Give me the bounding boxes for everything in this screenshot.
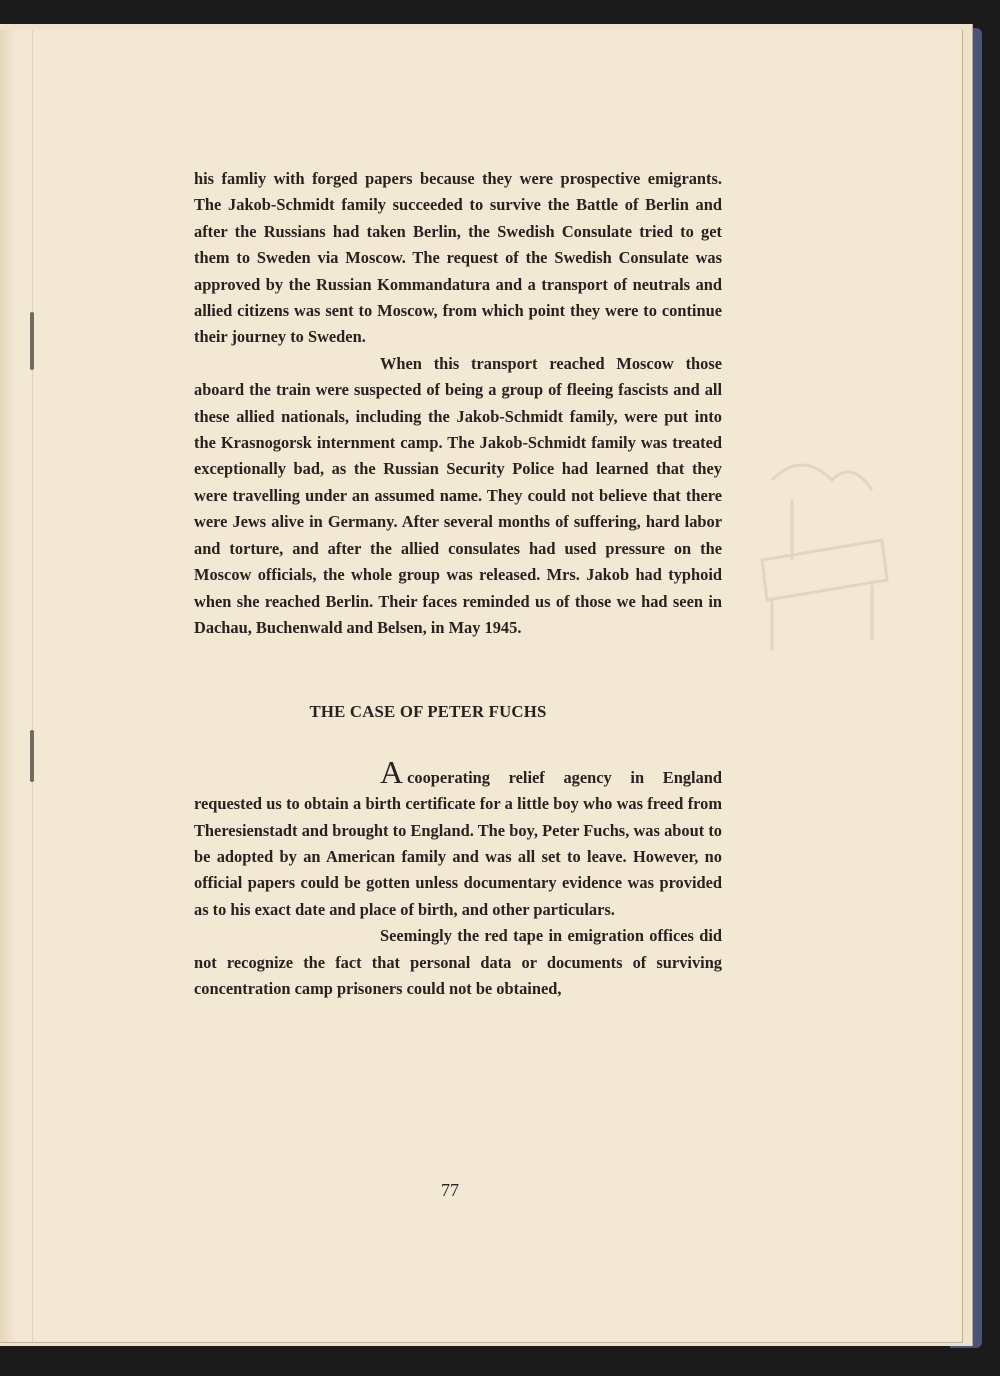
staple-top xyxy=(30,312,34,370)
bleed-through-illustration xyxy=(752,440,892,660)
page-number: 77 xyxy=(0,1180,900,1201)
page-body: his famliy with forged papers because th… xyxy=(194,166,722,1002)
paragraph-text: cooperating relief agency in England req… xyxy=(194,768,722,919)
page-gutter xyxy=(0,30,16,1342)
paragraph-peter-fuchs-intro: Acooperating relief agency in England re… xyxy=(194,762,722,923)
paragraph-moscow-transport: When this transport reached Moscow those… xyxy=(194,351,722,641)
staple-bottom xyxy=(30,730,34,782)
drop-cap: A xyxy=(380,754,403,790)
section-heading: THE CASE OF PETER FUCHS xyxy=(194,699,722,725)
paragraph-red-tape: Seemingly the red tape in emigration off… xyxy=(194,923,722,1002)
paragraph-continuation: his famliy with forged papers because th… xyxy=(194,166,722,351)
fold-line xyxy=(32,30,33,1342)
